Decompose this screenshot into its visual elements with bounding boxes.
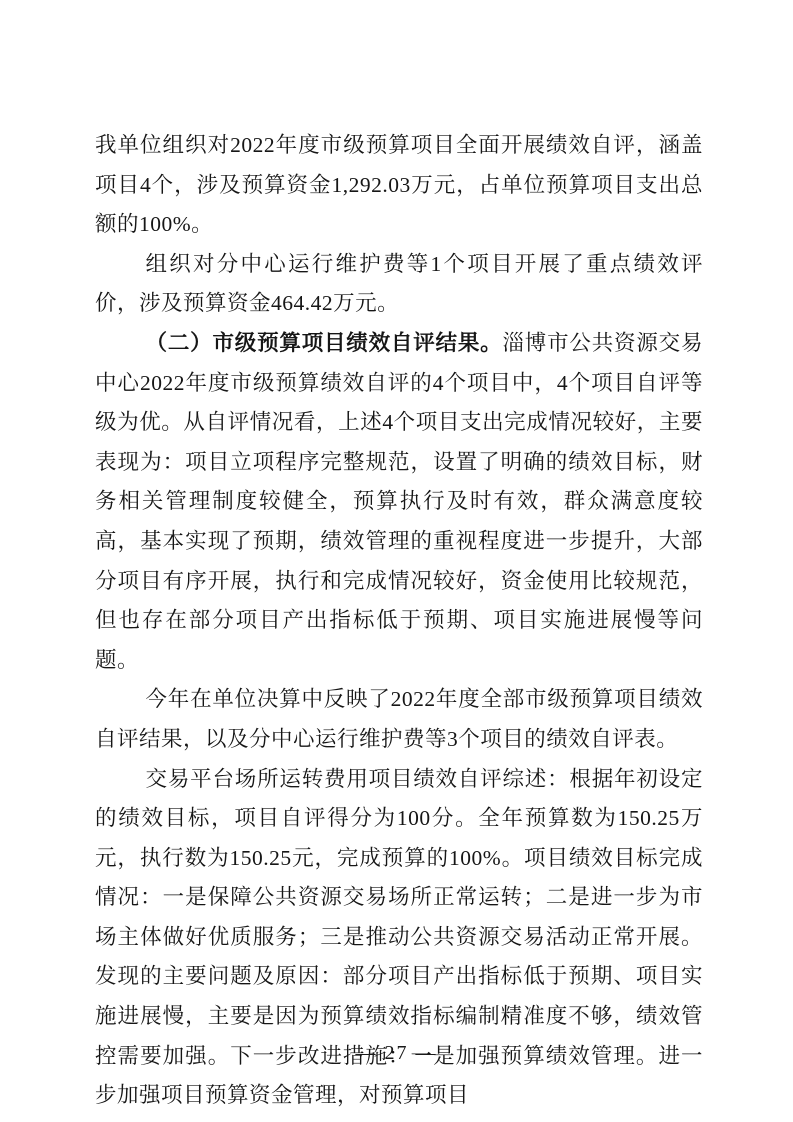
document-body: 我单位组织对2022年度市级预算项目全面开展绩效自评，涵盖项目4个，涉及预算资金… [95,126,703,1116]
document-page: 我单位组织对2022年度市级预算项目全面开展绩效自评，涵盖项目4个，涉及预算资金… [0,0,793,1122]
page-number: — 27 — [0,1042,793,1065]
paragraph-continuation: 我单位组织对2022年度市级预算项目全面开展绩效自评，涵盖项目4个，涉及预算资金… [95,126,703,245]
section-body-text: 淄博市公共资源交易中心2022年度市级预算绩效自评的4个项目中，4个项目自评等级… [95,331,703,672]
section-heading: （二）市级预算项目绩效自评结果。 [146,331,503,355]
paragraph-self-evaluation-results: （二）市级预算项目绩效自评结果。淄博市公共资源交易中心2022年度市级预算绩效自… [95,324,703,680]
paragraph-key-evaluation: 组织对分中心运行维护费等1个项目开展了重点绩效评价，涉及预算资金464.42万元… [95,245,703,324]
paragraph-final-accounts: 今年在单位决算中反映了2022年度全部市级预算项目绩效自评结果，以及分中心运行维… [95,680,703,759]
